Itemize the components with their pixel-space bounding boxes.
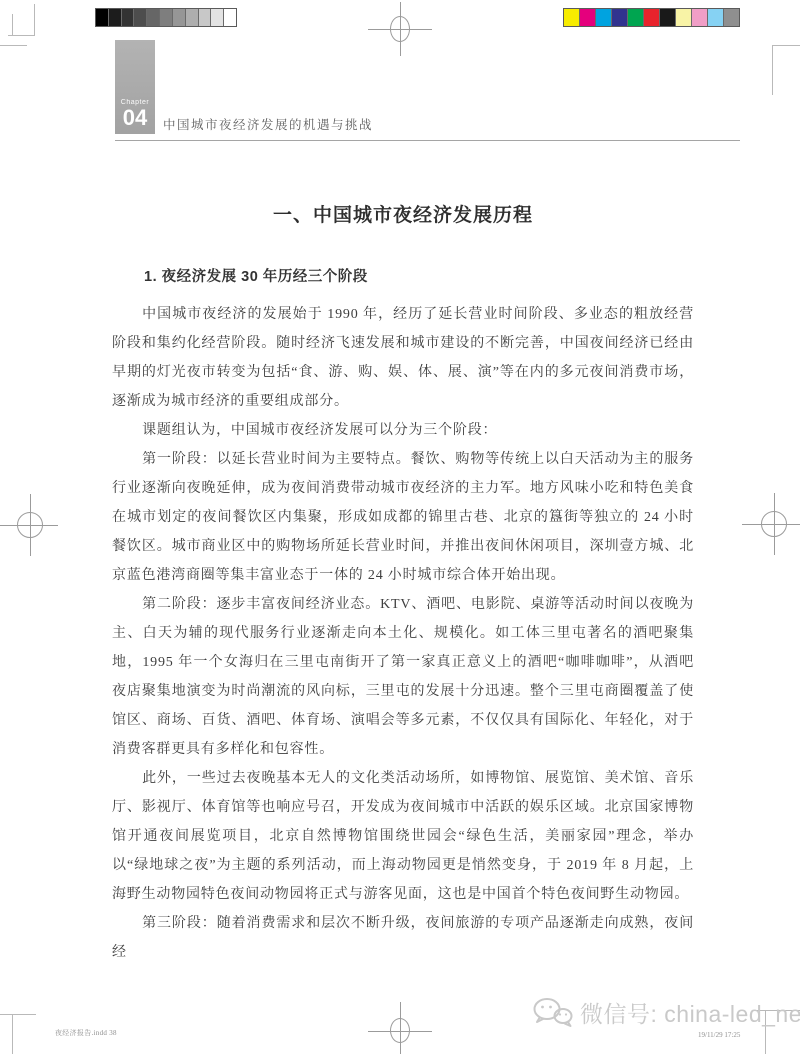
file-info: 夜经济报告.indd 38 — [55, 1028, 117, 1038]
color-swatch — [708, 9, 724, 26]
paragraph: 第一阶段：以延长营业时间为主要特点。餐饮、购物等传统上以白天活动为主的服务行业逐… — [112, 445, 694, 590]
print-timestamp: 19/11/29 17:25 — [698, 1031, 740, 1039]
chapter-label: Chapter — [121, 99, 149, 106]
paragraph: 课题组认为，中国城市夜经济发展可以分为三个阶段： — [112, 416, 694, 445]
color-swatch — [109, 9, 122, 26]
color-swatch — [724, 9, 739, 26]
color-swatch — [580, 9, 596, 26]
wechat-icon — [533, 997, 573, 1029]
watermark-text: 微信号: china-led_net — [580, 996, 800, 1029]
color-swatch — [692, 9, 708, 26]
color-swatch — [186, 9, 199, 26]
paragraph: 第三阶段：随着消费需求和层次不断升级，夜间旅游的专项产品逐渐走向成熟，夜间经 — [112, 909, 694, 967]
chapter-title: 中国城市夜经济发展的机遇与挑战 — [163, 115, 373, 133]
color-swatch — [676, 9, 692, 26]
color-swatch — [122, 9, 135, 26]
color-swatch — [147, 9, 160, 26]
color-swatch — [211, 9, 224, 26]
paragraph: 中国城市夜经济的发展始于 1990 年，经历了延长营业时间阶段、多业态的粗放经营… — [112, 300, 694, 416]
color-swatch — [96, 9, 109, 26]
chapter-tab: Chapter 04 — [115, 40, 155, 134]
color-swatch — [628, 9, 644, 26]
paragraph: 第二阶段：逐步丰富夜间经济业态。KTV、酒吧、电影院、桌游等活动时间以夜晚为主、… — [112, 590, 694, 764]
page-body: 一、中国城市夜经济发展历程 1. 夜经济发展 30 年历经三个阶段 中国城市夜经… — [112, 200, 694, 967]
color-swatch — [644, 9, 660, 26]
section-title: 一、中国城市夜经济发展历程 — [112, 200, 694, 227]
wechat-watermark: 微信号: china-led_net — [533, 996, 800, 1029]
color-swatch — [160, 9, 173, 26]
color-swatch — [660, 9, 676, 26]
color-swatch — [173, 9, 186, 26]
subsection-heading: 1. 夜经济发展 30 年历经三个阶段 — [112, 265, 694, 286]
chapter-number: 04 — [123, 106, 147, 129]
chapter-divider — [115, 140, 740, 141]
color-swatch — [224, 9, 236, 26]
color-calibration-bar — [563, 8, 740, 27]
color-swatch — [612, 9, 628, 26]
color-swatch — [134, 9, 147, 26]
paragraph: 此外，一些过去夜晚基本无人的文化类活动场所，如博物馆、展览馆、美术馆、音乐厅、影… — [112, 764, 694, 909]
color-swatch — [199, 9, 212, 26]
color-swatch — [596, 9, 612, 26]
color-swatch — [564, 9, 580, 26]
grayscale-calibration-bar — [95, 8, 237, 27]
scanned-report-page: { "print_marks": { "grayscale_bar": { "c… — [0, 0, 800, 1054]
